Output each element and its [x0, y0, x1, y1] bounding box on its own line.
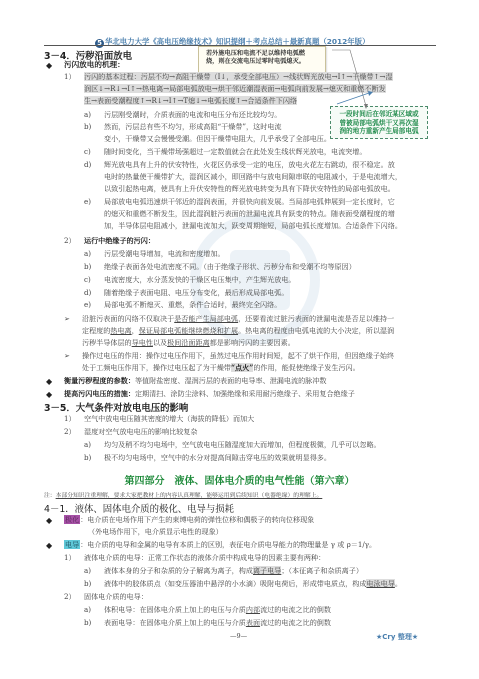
item-text: 以致引起热电离，使具有上升伏安特性的辉光放电转变为具有下降伏安特性的局部电弧放电… [104, 184, 395, 193]
polarization-line: 极化：电介质在电场作用下产生的束缚电荷的弹性位移和偶极子的转向位移现象 [64, 515, 314, 524]
part-4-note: 注：本部分知识注重理解，要求大家把教材上的内容认真理解，能够运用到后续知识（电器… [44, 490, 322, 499]
item-text: 湿度对空气放电电压的影响比较复杂 [84, 427, 198, 436]
item-text: 电流密度大，水分蒸发快的干燥区电压集中，产生辉光放电。 [104, 275, 296, 284]
callout-line: 曾被局部电弧烘干又再次湿 [334, 119, 424, 128]
item-key: b) [84, 453, 91, 462]
item-text: 然而，污层总有些不均匀，形成高阻“干燥带”，这时电流 [104, 122, 282, 131]
part-4-title: 第四部分 液体、固体电介质的电气性能（第六章） [0, 472, 479, 487]
item-text: 液体电介质的电导：正常工作状态的液体介质中构成电导的因素主要有两种： [84, 553, 325, 562]
process-line-3: 生→表面受潮程度↑→R↓→I↑→T熄↓→电弧长度↑→合适条件下闪络 [84, 96, 297, 105]
item-text: 表面电导：在固体电介质上加上的电压与介质表面流过的电流之比的倒数 [104, 618, 331, 627]
item-text: 污层刚受潮时，介质表面的电流和电压分布还比较均匀。 [104, 110, 281, 119]
item-text: 污层受潮电导增加，电流和密度增加。 [104, 249, 225, 258]
item-key: d) [84, 160, 91, 169]
item-number: 1） [64, 72, 76, 81]
item-text: 绝缘子表面各处电流密度不同。（由于绝缘子形状、污秽分布和受潮不均等原因） [104, 262, 356, 271]
bullet-diamond-icon: ◆ [46, 540, 52, 550]
item-key: d) [84, 288, 91, 297]
item-number: 1） [64, 414, 76, 423]
callout-line: 润的地方重新产生局部电弧 [334, 127, 424, 136]
item-text: 局部放电电弧迅速烘干邻近的湿润表面，并很快向前发展。当局部电弧伸展到一定长度时，… [104, 197, 395, 206]
bullet-diamond-icon: ◆ [46, 515, 52, 525]
document-page: 5华北电力大学《高电压绝缘技术》知识提纲＋考点总结＋最新真题（2012年版） 3… [0, 0, 479, 679]
item-key: c) [84, 147, 91, 156]
item-key: a) [84, 440, 91, 449]
logo-icon: 5 [95, 39, 104, 48]
paragraph-line: 操作过电压的作用：操作过电压作用下，虽然过电压作用时间短，起不了烘干作用，但因绝… [82, 351, 394, 360]
conductance-line: 电导：电介质的电导和金属的电导有本质上的区别，表征电介质电导能力的物理量是 γ … [64, 540, 376, 549]
paragraph-line: 处于工频电压作用下，操作过电压起了为干燥带“点火”的作用，能促使绝缘子发生污闪。 [82, 363, 360, 372]
item-text: 固体电介质的电导： [84, 592, 148, 601]
measure-line: 衡量污秽程度的参数：等值附盐密度、湿润污层的表面的电导率、泄漏电流的脉冲数 [64, 376, 326, 385]
item-key: e) [84, 300, 91, 309]
item-text: 电时的热量使干燥带扩大，湿润区减小，即回路中与放电间隙串联的电阻减小，于是电流增… [104, 172, 402, 181]
callout-line: 烧，则在交流电压过零时电弧熄灭。 [206, 58, 321, 66]
page-number: —9— [230, 632, 247, 640]
item-key: a) [84, 605, 91, 614]
bullet-diamond-icon: ◆ [46, 389, 52, 399]
item-text: 变小，干燥带又会慢慢受潮。但因干燥带电阻大，几乎承受了全部电压。 [104, 134, 331, 143]
item-key: a) [84, 566, 91, 575]
arrow-bullet-icon: ➢ [64, 351, 70, 360]
mechanism-label: 污闪放电的机理： [64, 60, 125, 69]
bullet-diamond-icon: ◆ [46, 60, 52, 70]
item-text: 液体中的胶体质点（如变压器油中悬浮的小水滴）吸附电荷后，形成带电质点，构成电泳电… [104, 579, 402, 588]
item-text: 均匀及稍不均匀电场中，空气放电电压随湿度加大而增加，但程度极微，几乎可以忽略。 [104, 440, 381, 449]
section-3-5-title: 3－5．大气条件对放电电压的影响 [44, 400, 188, 414]
subsection-title: 运行中绝缘子的污闪： [84, 236, 155, 245]
paragraph-line: 沿脏污表面的闪络不仅取决于是否能产生局部电弧，还要看流过脏污表面的泄漏电流是否足… [82, 314, 394, 323]
item-text: 体积电导：在固体电介质上加上的电压与介质内部流过的电流之比的倒数 [104, 605, 331, 614]
item-text: 辉光放电具有上升的伏安特性，火花区仍承受一定的电压，放电火花左右跳动，很不稳定。… [104, 160, 395, 169]
item-text: 的熄灭和重燃不断发生，因此湿润脏污表面的泄漏电流具有跃变的特点。随表面受潮程度的… [104, 209, 395, 218]
item-number: 2） [64, 592, 76, 601]
item-text: 加，半导体层电阻减小，泄漏电流加大，跃变周期缩短，局部电弧长度增加。合适条件下闪… [104, 221, 402, 230]
item-key: a) [84, 249, 91, 258]
callout-arrow-icon [335, 88, 375, 108]
bullet-diamond-icon: ◆ [46, 376, 52, 386]
item-key: e) [84, 197, 91, 206]
section-4-1-title: 4－1．液体、固体电介质的极化、电导与损耗 [44, 501, 234, 515]
item-number: 2） [64, 427, 76, 436]
paragraph-line: 污秽半导体层的导电性以及极间沿面距离都是影响污闪的主要因素。 [82, 338, 295, 347]
improve-line: 提高污闪电压的措施：定期清扫、涂防尘涂料、加强绝缘和采用耐污绝缘子、采用复合绝缘… [64, 389, 355, 398]
item-key: a) [84, 110, 91, 119]
item-text: 随着绝缘子表面电阻、电压分布变化，最后形成局部电弧。 [104, 288, 288, 297]
polarization-sub: （外电场作用下，电介质显示电性的现象） [88, 527, 223, 536]
arrow-bullet-icon: ➢ [64, 314, 70, 323]
item-key: b) [84, 579, 91, 588]
item-text: 液体本身的分子和杂质的分子解离为离子，构成离子电导；（本征离子和杂质离子） [104, 566, 363, 575]
item-key: b) [84, 618, 91, 627]
item-text: 随时间变化，当干燥带场强超过一定数值就会在此处发生线状辉光放电，电流突增。 [104, 147, 366, 156]
item-number: 2） [64, 236, 76, 245]
item-key: b) [84, 122, 91, 131]
item-text: 极不均匀电场中，空气中的水分对提高间隙击穿电压的效果就明显得多。 [104, 453, 331, 462]
item-text: 空气中放电电压随其密度的增大（海拔的降低）而加大 [84, 414, 254, 423]
item-number: 1） [64, 553, 76, 562]
item-key: c) [84, 275, 91, 284]
item-key: b) [84, 262, 91, 271]
item-text: 局部电弧不断熄灭、重燃，条件合适时，最终完全闪络。 [104, 300, 281, 309]
footer-signature: ★Cry 整理★ [376, 632, 418, 642]
paragraph-line: 定程度的热电离，保证局部电弧能继续燃烧和扩展。热电离的程度由电弧电流的大小决定，… [82, 326, 394, 335]
